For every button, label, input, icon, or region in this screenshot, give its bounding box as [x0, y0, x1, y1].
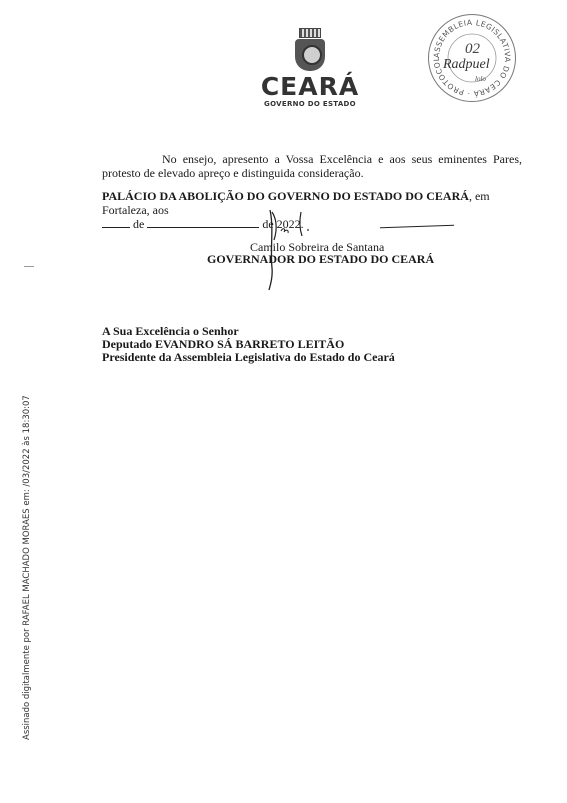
margin-mark [24, 266, 34, 267]
digital-signature-note: Assinado digitalmente por RAFAEL MACHADO… [22, 395, 32, 740]
ceara-government-logo: CEARÁ GOVERNO DO ESTADO [255, 28, 365, 108]
signatory-title: GOVERNADOR DO ESTADO DO CEARÁ [207, 252, 434, 267]
addressee-position: Presidente da Assembleia Legislativa do … [102, 351, 395, 364]
protocol-stamp: ASSEMBLEIA LEGISLATIVA DO CEARÁ · PROTOC… [428, 14, 516, 102]
closing-paragraph: No ensejo, apresento a Vossa Excelência … [102, 152, 522, 180]
day-blank [102, 217, 130, 228]
stamp-signature: Radpuel [443, 57, 490, 73]
month-blank [147, 217, 259, 228]
brand-name: CEARÁ [255, 74, 365, 100]
addressee-block: A Sua Excelência o Senhor Deputado EVAND… [102, 325, 395, 364]
stamp-initials: lolo [475, 75, 486, 83]
brand-subtitle: GOVERNO DO ESTADO [255, 100, 365, 108]
stamp-number: 02 [465, 41, 480, 58]
palace-name: PALÁCIO DA ABOLIÇÃO DO GOVERNO DO ESTADO… [102, 189, 469, 203]
state-crest-icon [293, 28, 327, 70]
